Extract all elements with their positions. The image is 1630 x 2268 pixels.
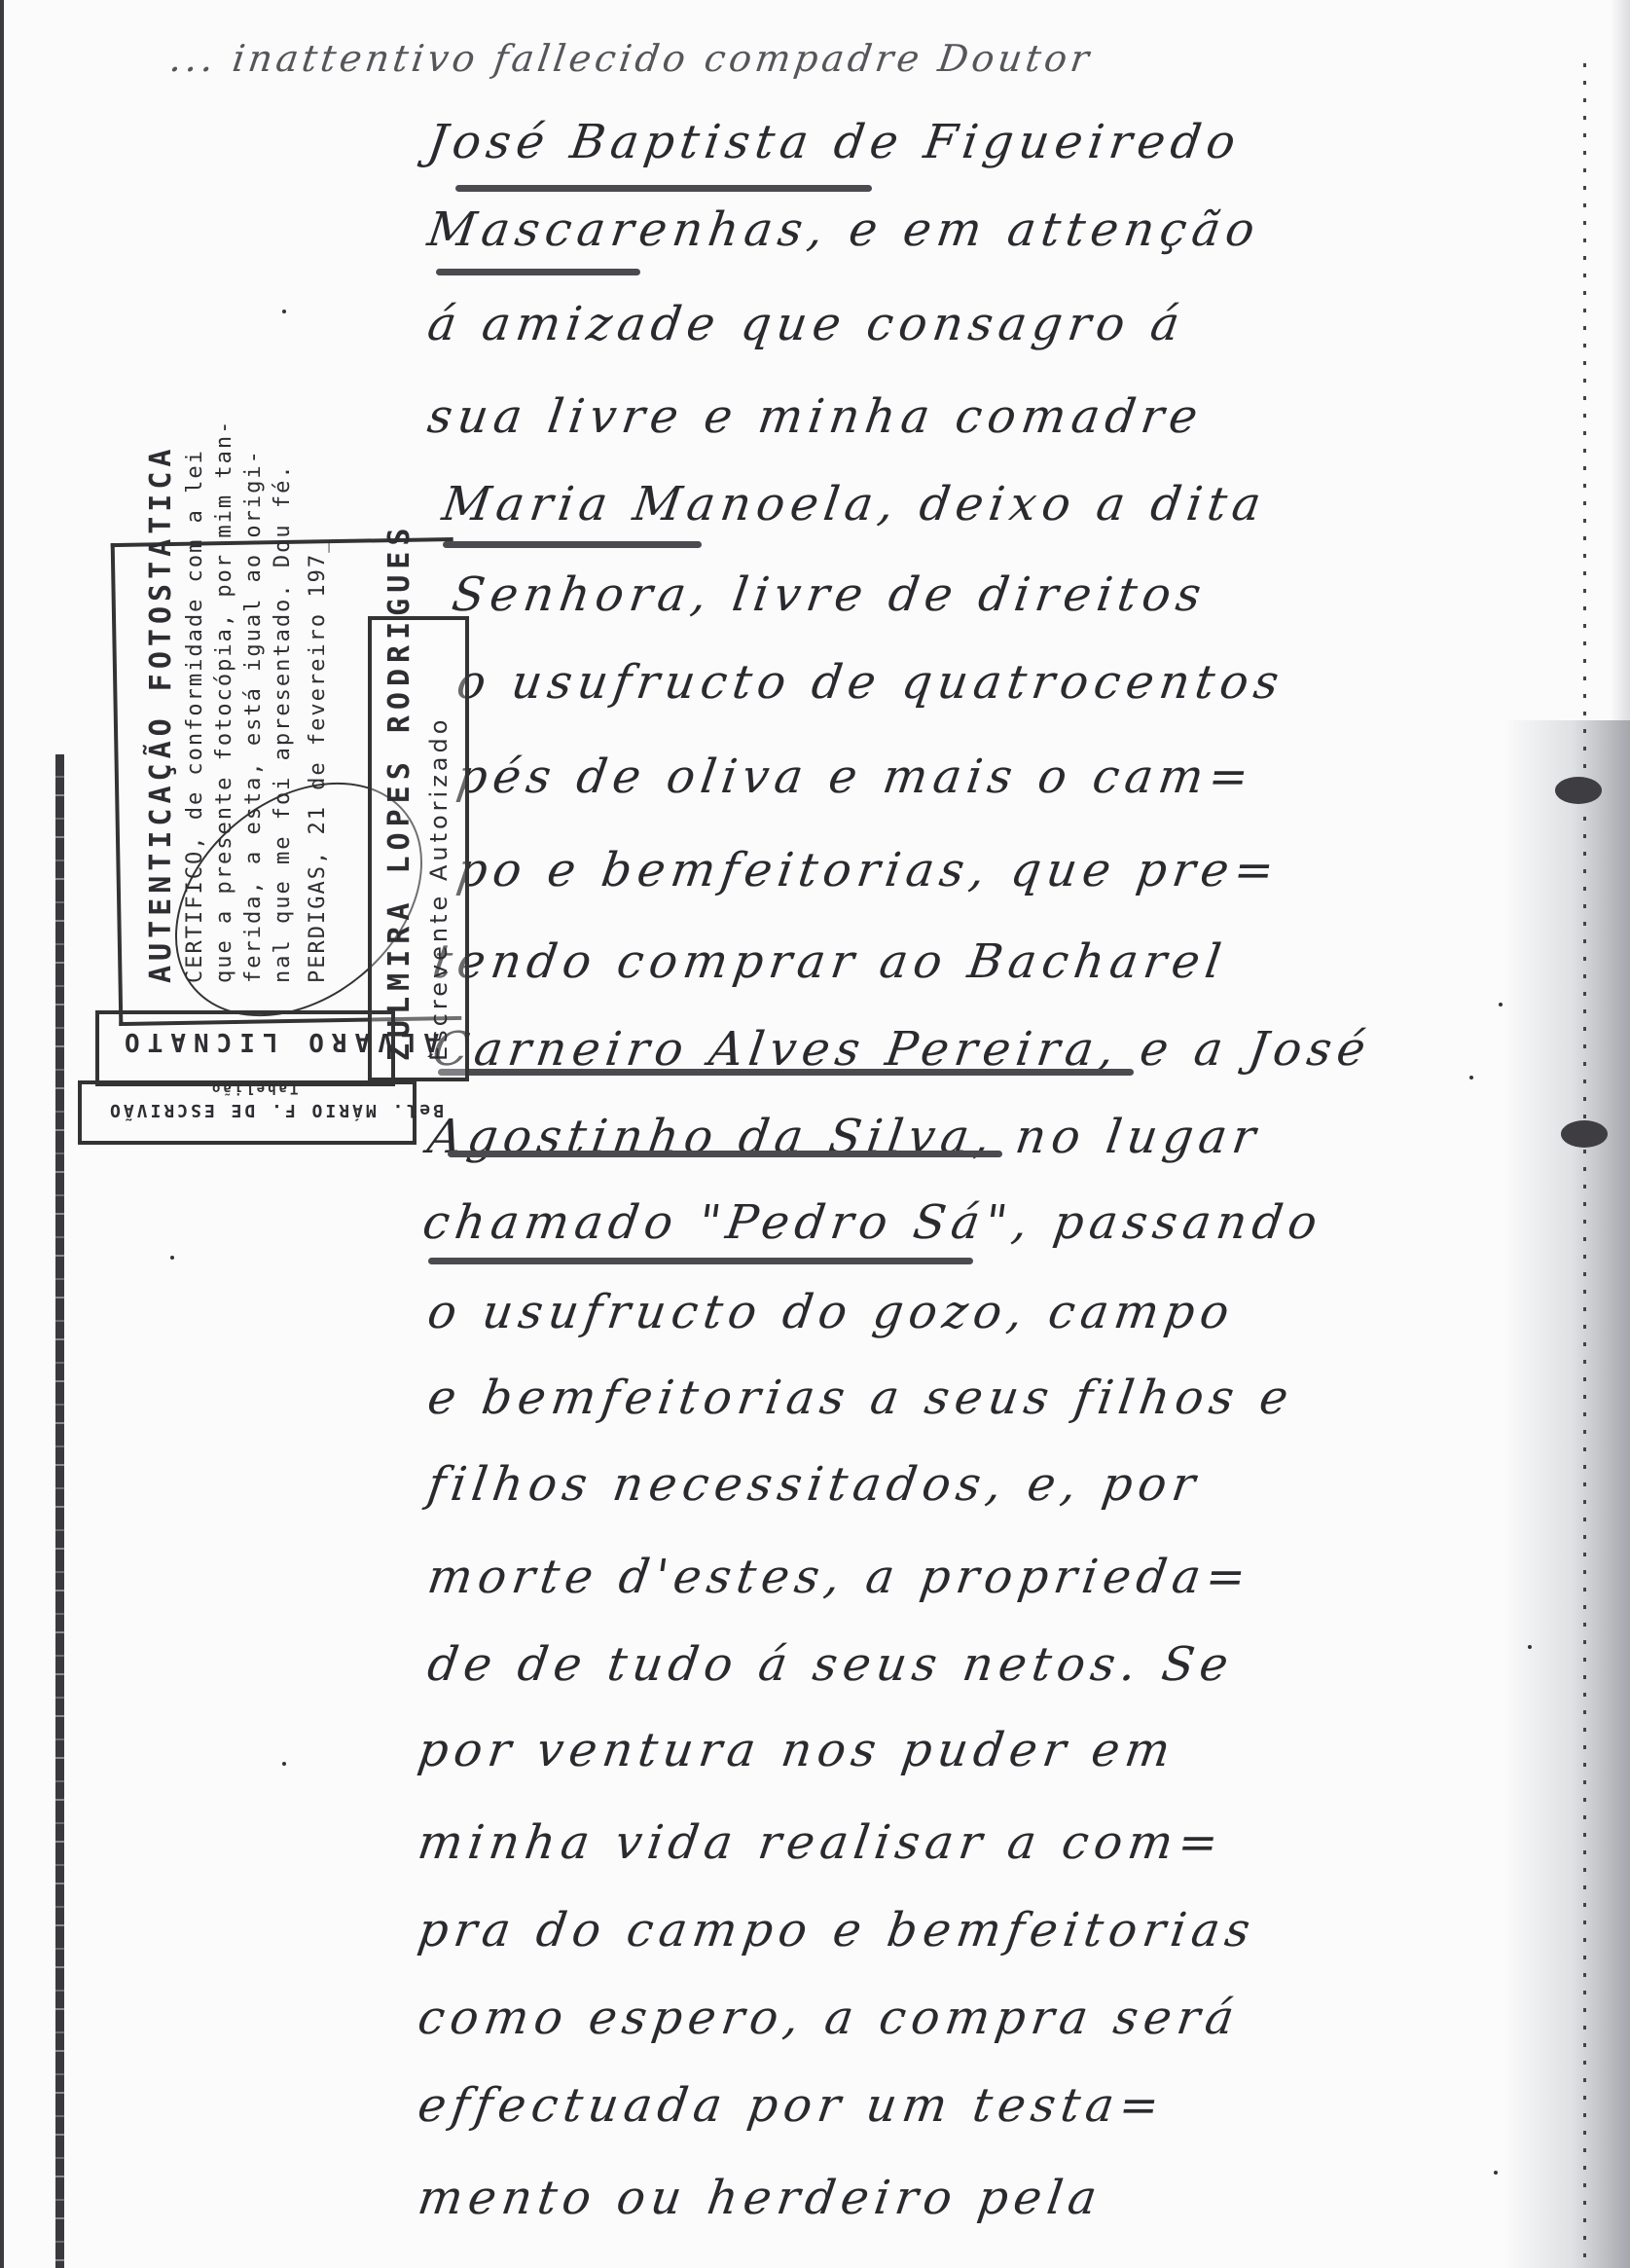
lower-stamp-text-2: Bel. MÁRIO F. DE ESCRIVÃO [107,1100,444,1120]
stamp-body-line-2: que a presente fotocópia, por mim tan- [212,420,236,983]
dotted-fold-line [1583,63,1586,2263]
speck [1499,1003,1503,1006]
handwritten-line-2: Mascarenhas, e em attenção [424,202,1263,257]
handwritten-line-14: o usufructo do gozo, campo [424,1285,1238,1339]
handwritten-line-15: e bemfeitorias a seus filhos e [424,1371,1297,1425]
underline-name-2 [436,269,640,275]
stamp-date-line: PERDIGAS, 21 de fevereiro 197_ [306,538,330,983]
handwritten-line-18: de de tudo á seus netos. Se [424,1637,1237,1692]
punch-hole-top [1555,777,1602,804]
handwritten-line-21: pra do campo e bemfeitorias [415,1903,1259,1957]
handwritten-line-3: á amizade que consagro á [424,297,1188,351]
speck [1469,1076,1473,1079]
handwritten-line-17: morte d'estes, a proprieda= [424,1550,1254,1604]
lower-stamp-text-3: Tabelião [209,1080,298,1096]
underline-name-11 [438,1069,1134,1076]
handwritten-line-8: pés de oliva e mais o cam= [453,750,1257,804]
handwritten-line-20: minha vida realisar a com= [415,1815,1227,1870]
stamp-body-line-1: CERTIFICO, de conformidade com a lei [183,449,207,983]
handwritten-line-1: José Baptista de Figueiredo [424,115,1245,169]
handwritten-line-24: mento ou herdeiro pela [415,2171,1105,2225]
handwritten-line-4: sua livre e minha comadre [424,389,1207,444]
handwritten-line-22: como espero, a compra será [415,1991,1243,2045]
handwritten-line-19: por ventura nos puder em [415,1723,1179,1777]
speck [1494,2171,1498,2175]
stamp-title: AUTENTICAÇÃO FOTOSTATICA [144,445,178,983]
handwritten-line-9: po e bemfeitorias, que pre= [453,843,1283,897]
speck [282,1762,286,1766]
underline-name-5 [443,541,702,548]
handwritten-line-23: effectuada por um testa= [415,2078,1168,2133]
stamp-body-line-3: ferida, a esta, está igual ao origi- [241,449,266,983]
underline-name-1 [455,185,872,192]
speck [1528,1645,1532,1649]
stamp-body-line-4: nal que me foi apresentado. Dou fé. [271,463,295,983]
handwritten-line-6: Senhora, livre de direitos [449,567,1210,622]
margin-line [55,754,64,2268]
handwritten-line-16: filhos necessitados, e, por [424,1457,1204,1512]
lower-stamp-text-1: ÁLVARO LICNATO [117,1027,439,1056]
scan-shadow-top-right [1611,0,1630,720]
stamp-signer-role: Escrevente Autorizado [425,716,453,1061]
underline-place-13 [428,1258,973,1264]
handwritten-line-0: ... inattentivo fallecido compadre Douto… [167,37,1096,80]
document-page: ... inattentivo fallecido compadre Douto… [0,0,1630,2268]
punch-hole-bottom [1561,1120,1608,1148]
scan-shadow-right [1503,720,1630,2268]
stamp-signer-name: ZULMIRA LOPES RODRIGUES [382,523,417,1061]
speck [170,1256,174,1260]
speck [282,310,286,313]
handwritten-line-10: tendo comprar ao Bacharel [429,934,1230,989]
handwritten-line-5: Maria Manoela, deixo a dita [439,477,1270,531]
scan-left-edge [0,0,4,2268]
handwritten-line-7: o usufructo de quatrocentos [453,655,1287,710]
underline-name-12 [448,1151,1002,1157]
handwritten-line-13: chamado "Pedro Sá", passando [419,1195,1326,1250]
